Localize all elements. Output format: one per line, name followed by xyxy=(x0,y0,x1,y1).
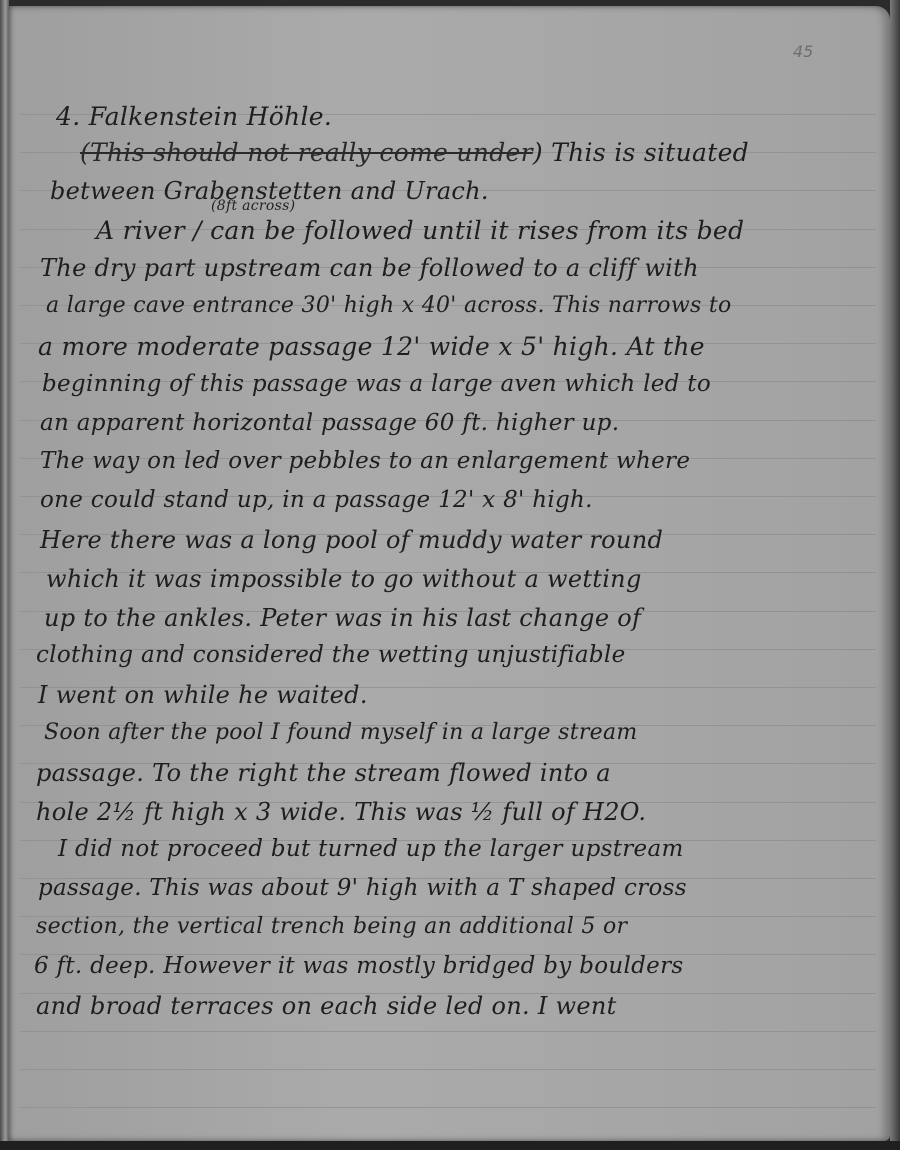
text-line: The way on led over pebbles to an enlarg… xyxy=(40,448,690,474)
line-text: I went on while he waited. xyxy=(38,681,368,709)
line-text: passage. This was about 9' high with a T… xyxy=(38,875,687,901)
text-line: a large cave entrance 30' high x 40' acr… xyxy=(46,293,732,318)
line-text: and broad terraces on each side led on. … xyxy=(36,992,617,1020)
text-line: beginning of this passage was a large av… xyxy=(42,371,711,397)
text-line: a more moderate passage 12' wide x 5' hi… xyxy=(38,332,705,361)
text-line: which it was impossible to go without a … xyxy=(46,565,642,593)
line-text: Soon after the pool I found myself in a … xyxy=(44,720,638,745)
line-text: up to the ankles. Peter was in his last … xyxy=(44,604,641,632)
text-line: passage. This was about 9' high with a T… xyxy=(38,875,687,901)
page-edge xyxy=(890,0,900,1150)
page-bottom-edge xyxy=(0,1141,900,1150)
line-text: which it was impossible to go without a … xyxy=(46,565,642,593)
text-line: and broad terraces on each side led on. … xyxy=(36,992,617,1020)
inserted-note: (8ft across) xyxy=(211,198,295,214)
line-text: beginning of this passage was a large av… xyxy=(42,371,711,397)
ruled-line xyxy=(20,1069,876,1070)
line-text: 6 ft. deep. However it was mostly bridge… xyxy=(34,953,683,979)
line-text: clothing and considered the wetting unju… xyxy=(36,642,626,668)
line-text: hole 2½ ft high x 3 wide. This was ½ ful… xyxy=(36,798,646,826)
line-text: Here there was a long pool of muddy wate… xyxy=(40,526,663,554)
text-line: one could stand up, in a passage 12' x 8… xyxy=(40,487,593,513)
text-line: up to the ankles. Peter was in his last … xyxy=(44,604,641,632)
page-number: 45 xyxy=(793,42,813,61)
heading-text: 4. Falkenstein Höhle. xyxy=(56,102,332,131)
line-text: one could stand up, in a passage 12' x 8… xyxy=(40,487,593,513)
line-text: an apparent horizontal passage 60 ft. hi… xyxy=(40,410,619,436)
text-line: hole 2½ ft high x 3 wide. This was ½ ful… xyxy=(36,798,646,826)
text-line: 6 ft. deep. However it was mostly bridge… xyxy=(34,953,683,979)
text-line: A river / can be followed until it rises… xyxy=(96,216,744,245)
text-line: passage. To the right the stream flowed … xyxy=(36,759,611,787)
text-line: section, the vertical trench being an ad… xyxy=(36,914,627,939)
text-line: clothing and considered the wetting unju… xyxy=(36,642,626,668)
ruled-line xyxy=(20,1107,876,1108)
line-text: A river / can be followed until it rises… xyxy=(96,216,744,245)
line-text: The dry part upstream can be followed to… xyxy=(40,254,699,282)
text-line: Soon after the pool I found myself in a … xyxy=(44,720,638,745)
text-line: (This should not really come under) This… xyxy=(80,138,749,167)
ruled-line xyxy=(20,1031,876,1032)
line-text: section, the vertical trench being an ad… xyxy=(36,914,627,939)
text-line: I did not proceed but turned up the larg… xyxy=(58,836,684,862)
notebook-page: 45 4. Falkenstein Höhle. (This should no… xyxy=(8,6,890,1141)
text-line: Here there was a long pool of muddy wate… xyxy=(40,526,663,554)
entry-heading: 4. Falkenstein Höhle. xyxy=(56,102,332,131)
line-text: The way on led over pebbles to an enlarg… xyxy=(40,448,690,474)
line-text: ) This is situated xyxy=(533,138,749,167)
line-text: a large cave entrance 30' high x 40' acr… xyxy=(46,293,732,318)
text-line: The dry part upstream can be followed to… xyxy=(40,254,699,282)
text-line: an apparent horizontal passage 60 ft. hi… xyxy=(40,410,619,436)
struck-text: (This should not really come under xyxy=(80,138,533,167)
line-text: I did not proceed but turned up the larg… xyxy=(58,836,684,862)
text-line: I went on while he waited. xyxy=(38,681,368,709)
line-text: a more moderate passage 12' wide x 5' hi… xyxy=(38,332,705,361)
line-text: passage. To the right the stream flowed … xyxy=(36,759,611,787)
